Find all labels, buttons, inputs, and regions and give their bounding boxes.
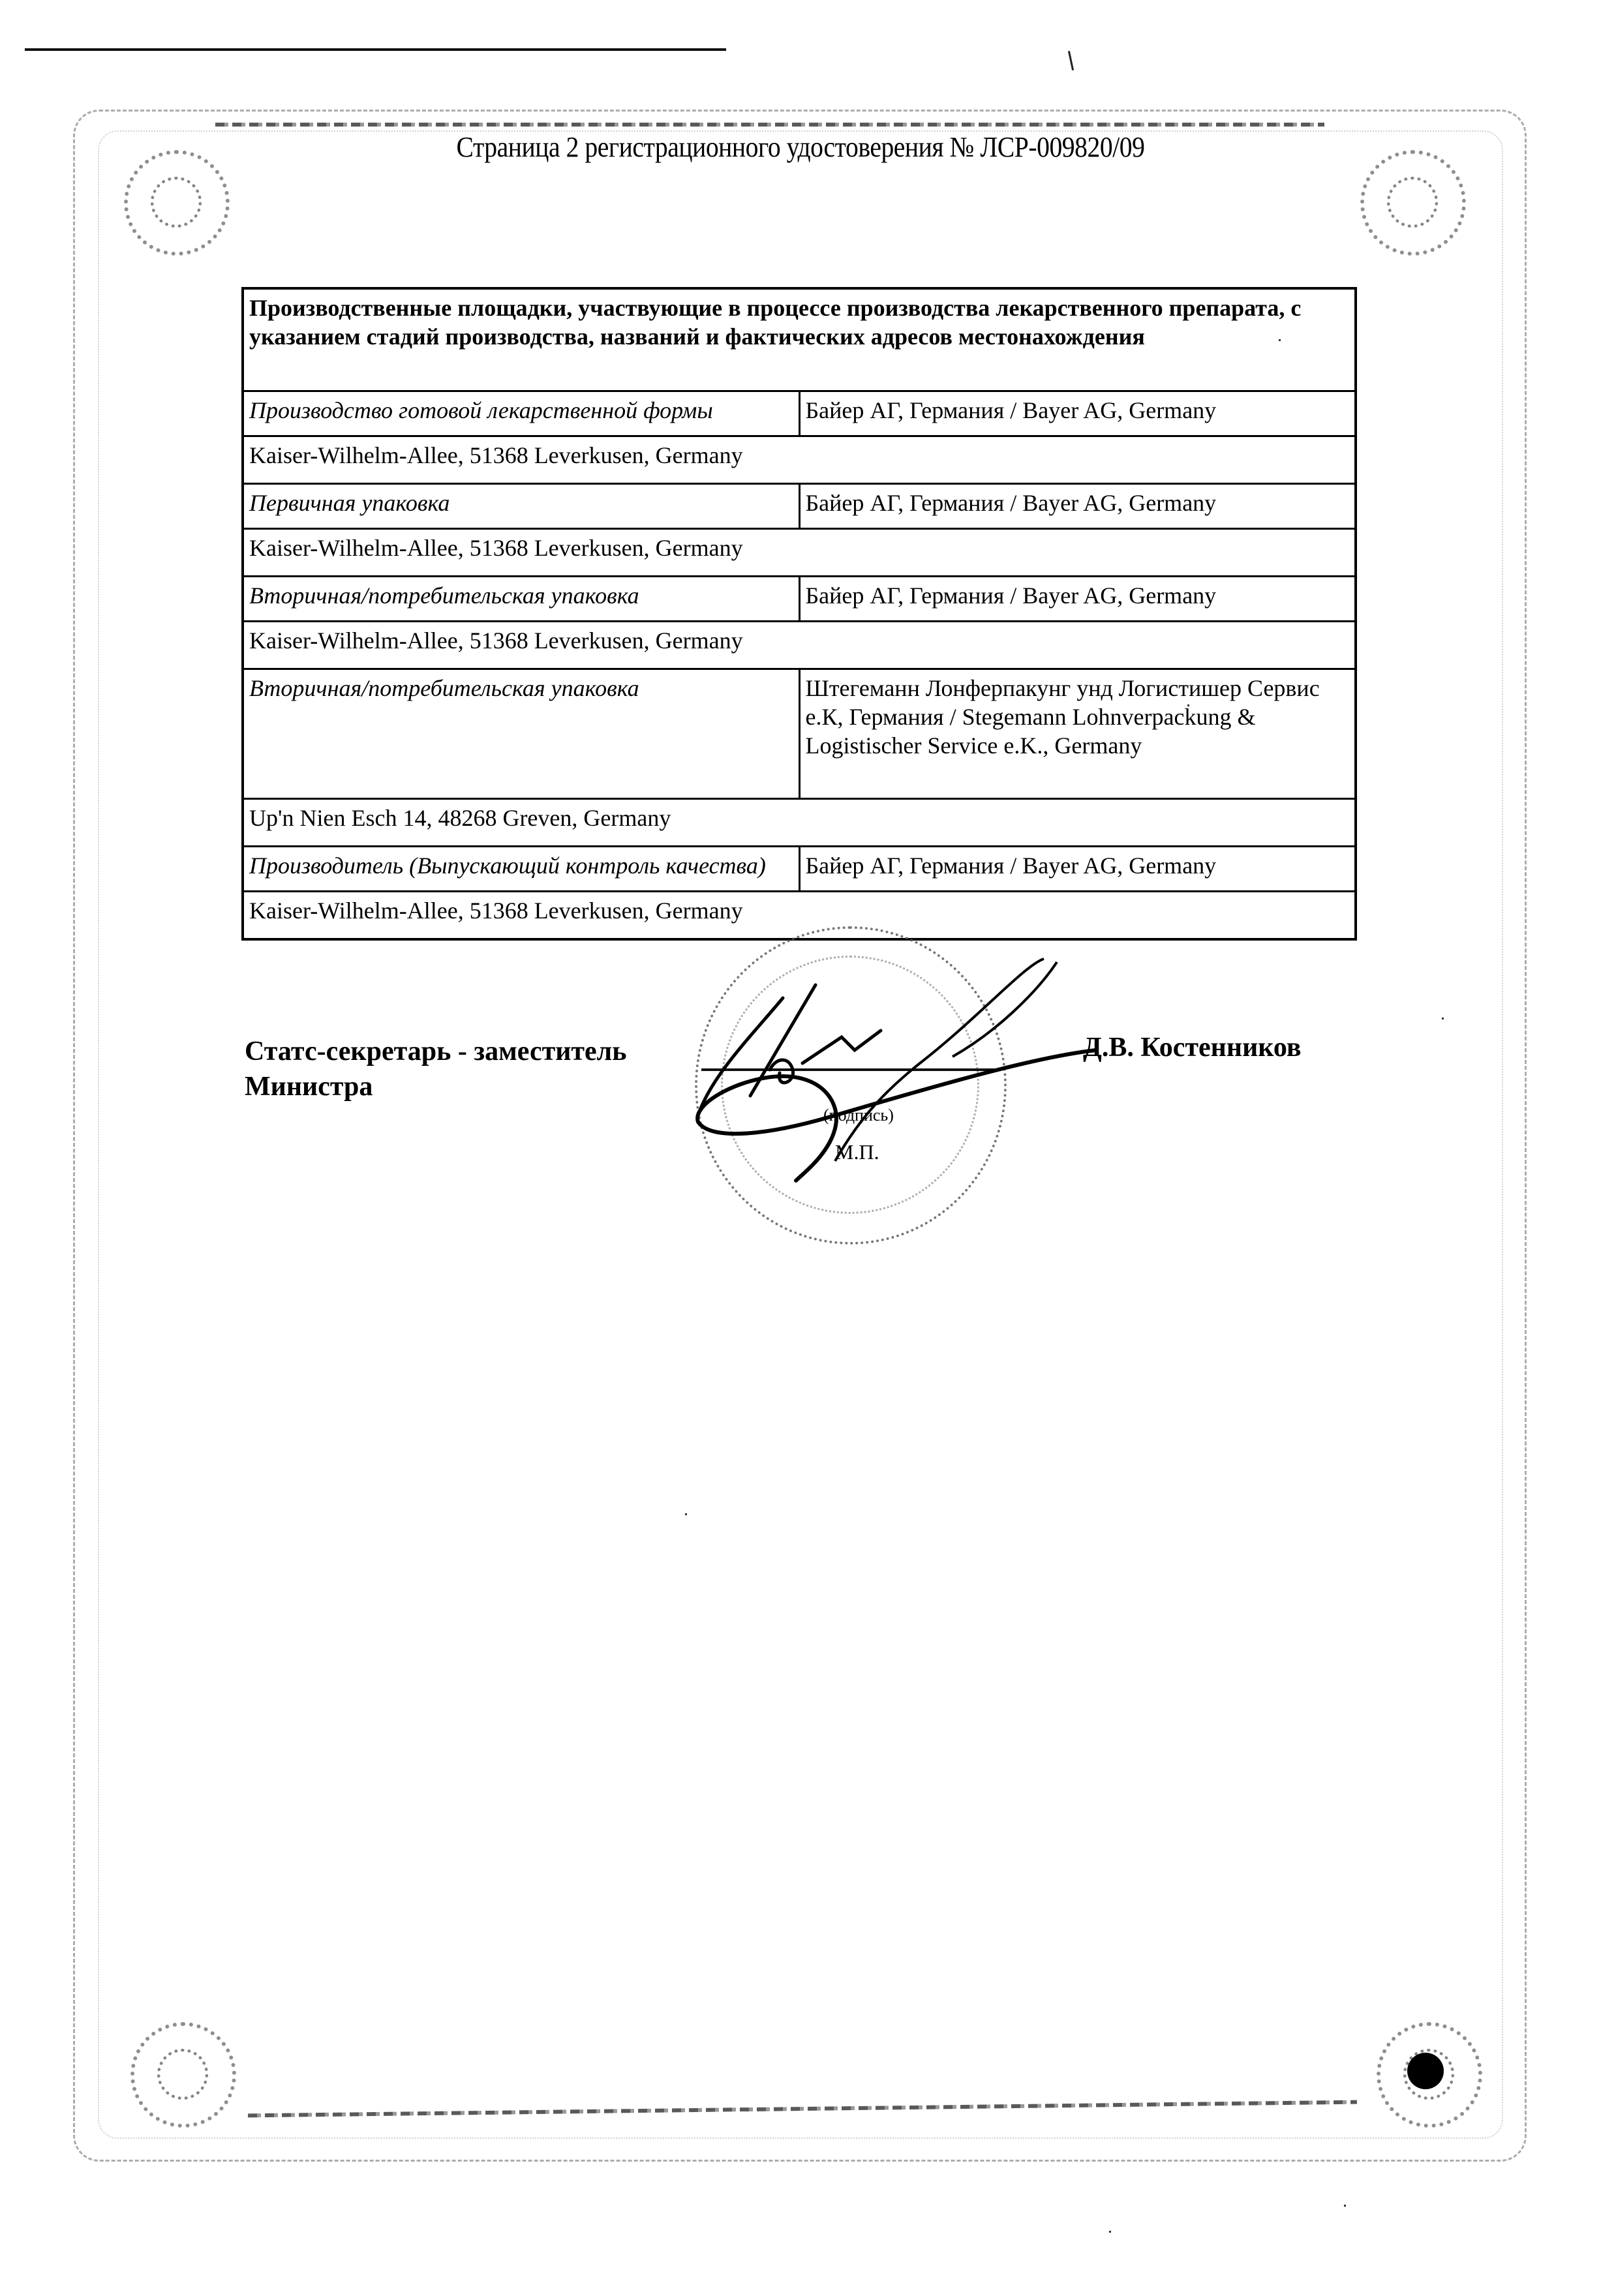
address-cell: Kaiser-Wilhelm-Allee, 51368 Leverkusen, … (243, 892, 1356, 940)
scan-top-rule (25, 48, 726, 51)
signatory-name: Д.В. Костенников (1083, 1032, 1302, 1063)
scan-noise (1109, 2231, 1111, 2233)
production-sites-table: Производственные площадки, участвующие в… (241, 287, 1357, 941)
decorative-band-top (215, 123, 1324, 127)
signatory-position-line1: Статс-секретарь - заместитель (245, 1034, 626, 1069)
scan-noise (685, 1513, 687, 1515)
scan-noise (1187, 704, 1189, 706)
stage-cell: Вторичная/потребительская упаковка (243, 669, 799, 799)
address-cell: Kaiser-Wilhelm-Allee, 51368 Leverkusen, … (243, 622, 1356, 669)
scan-mark (1068, 51, 1074, 70)
organization-cell: Байер АГ, Германия / Bayer AG, Germany (799, 391, 1356, 436)
organization-cell: Штегеманн Лонферпакунг унд Логистишер Се… (799, 669, 1356, 799)
table-header: Производственные площадки, участвующие в… (243, 288, 1356, 391)
organization-cell: Байер АГ, Германия / Bayer AG, Germany (799, 484, 1356, 529)
table-row: Kaiser-Wilhelm-Allee, 51368 Leverkusen, … (243, 622, 1356, 669)
address-cell: Up'n Nien Esch 14, 48268 Greven, Germany (243, 799, 1356, 847)
table-row: Производитель (Выпускающий контроль каче… (243, 847, 1356, 892)
signatory-position-line2: Министра (245, 1069, 626, 1104)
table-row: Вторичная/потребительская упаковка Байер… (243, 577, 1356, 622)
table-row: Производство готовой лекарственной формы… (243, 391, 1356, 436)
rosette-ornament-top-right (1360, 150, 1466, 256)
punch-dot (1407, 2053, 1444, 2089)
signature-caption: (подпись) (823, 1106, 894, 1125)
table-row: Первичная упаковка Байер АГ, Германия / … (243, 484, 1356, 529)
table-row: Kaiser-Wilhelm-Allee, 51368 Leverkusen, … (243, 529, 1356, 577)
rosette-ornament-bottom-left (130, 2022, 236, 2128)
table-row: Kaiser-Wilhelm-Allee, 51368 Leverkusen, … (243, 892, 1356, 940)
rosette-ornament-top-left (124, 150, 230, 256)
scan-noise (1344, 2205, 1346, 2207)
scan-noise (1442, 1018, 1444, 1020)
address-cell: Kaiser-Wilhelm-Allee, 51368 Leverkusen, … (243, 436, 1356, 484)
table-row: Up'n Nien Esch 14, 48268 Greven, Germany (243, 799, 1356, 847)
stage-cell: Вторичная/потребительская упаковка (243, 577, 799, 622)
table-header-row: Производственные площадки, участвующие в… (243, 288, 1356, 391)
page-header: Страница 2 регистрационного удостоверени… (80, 130, 1521, 164)
table-row: Kaiser-Wilhelm-Allee, 51368 Leverkusen, … (243, 436, 1356, 484)
scan-noise (1279, 339, 1281, 341)
signatory-position: Статс-секретарь - заместитель Министра (245, 1034, 626, 1104)
stamp-caption: М.П. (835, 1140, 879, 1164)
stage-cell: Производитель (Выпускающий контроль каче… (243, 847, 799, 892)
table-row: Вторичная/потребительская упаковка Штеге… (243, 669, 1356, 799)
organization-cell: Байер АГ, Германия / Bayer AG, Germany (799, 577, 1356, 622)
address-cell: Kaiser-Wilhelm-Allee, 51368 Leverkusen, … (243, 529, 1356, 577)
handwritten-signature (672, 946, 1129, 1194)
stage-cell: Производство готовой лекарственной формы (243, 391, 799, 436)
organization-cell: Байер АГ, Германия / Bayer AG, Germany (799, 847, 1356, 892)
stage-cell: Первичная упаковка (243, 484, 799, 529)
